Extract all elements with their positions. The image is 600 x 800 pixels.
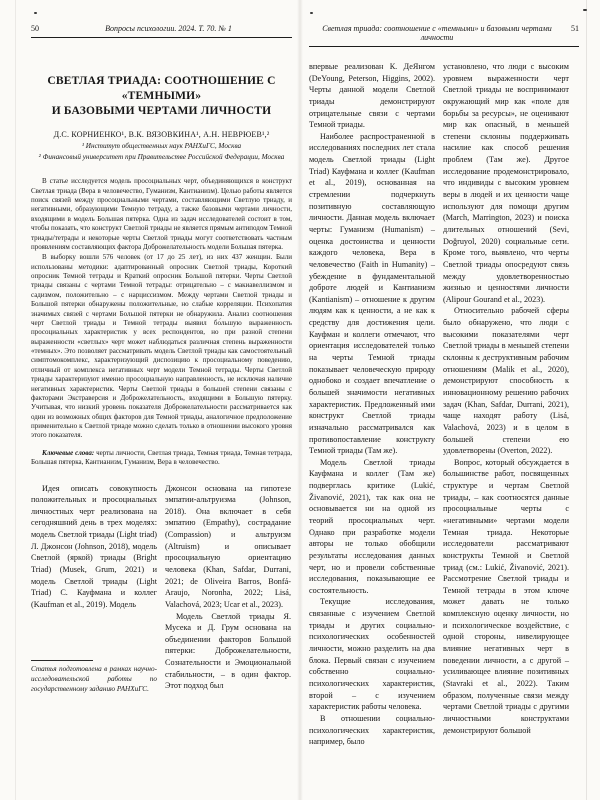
scan-edge-left <box>15 0 16 800</box>
body-paragraph: В отношении социально-психологических ха… <box>309 713 435 748</box>
body-paragraph: Модель Светлой триады Кауфмана и коллег … <box>309 457 435 597</box>
page-50-column-1: Идея описать совокупность положительных … <box>31 483 157 695</box>
abstract-paragraph-1: В статье исследуется модель просоциальны… <box>31 177 292 252</box>
scan-artifact <box>310 12 313 14</box>
body-paragraph: Наиболее распространенной в исследования… <box>309 131 435 457</box>
footnote: Статья подготовлена в рамках научно-иссл… <box>31 660 157 694</box>
page-51: Светлая триада: соотношение с «темными» … <box>300 0 600 800</box>
abstract: В статье исследуется модель просоциальны… <box>31 177 292 441</box>
page-51-column-2: установлено, что люди с высоким уровнем … <box>443 61 569 761</box>
scan-artifact <box>583 9 587 11</box>
body-paragraph: Относительно рабочей сферы было обнаруже… <box>443 305 569 456</box>
page-number-right: 51 <box>571 24 579 33</box>
body-paragraph: Модель Светлой триады Я. Мусека и Д. Гру… <box>165 611 291 692</box>
article-title-line-1: СВЕТЛАЯ ТРИАДА: СООТНОШЕНИЕ С «ТЕМНЫМИ» <box>31 74 292 104</box>
running-title-left: Вопросы психологии. 2024. Т. 70. № 1 <box>45 24 292 33</box>
keywords-label: Ключевые слова: <box>42 449 94 457</box>
page-gutter-shadow <box>297 0 303 800</box>
footnote-text: Статья подготовлена в рамках научно-иссл… <box>31 665 157 694</box>
article-title-line-2: И БАЗОВЫМИ ЧЕРТАМИ ЛИЧНОСТИ <box>31 104 292 119</box>
footnote-rule <box>31 660 93 661</box>
journal-spread: 50 Вопросы психологии. 2024. Т. 70. № 1 … <box>0 0 600 800</box>
authors-line: Д.С. КОРНИЕНКО¹, В.К. ВЯЗОВКИНА¹, А.Н. Н… <box>31 130 292 139</box>
page-50-column-2: Джонсон основана на гипотезе эмпатии-аль… <box>165 483 291 695</box>
body-paragraph: впервые реализован К. ДеЯнгом (DeYoung, … <box>309 61 435 131</box>
running-title-right: Светлая триада: соотношение с «темными» … <box>309 24 565 42</box>
page-51-body: впервые реализован К. ДеЯнгом (DeYoung, … <box>309 61 579 761</box>
body-paragraph: Вопрос, который обсуждается в большинств… <box>443 457 569 736</box>
keywords-paragraph: Ключевые слова: черты личности, Светлая … <box>31 449 292 468</box>
body-paragraph: Текущие исследования, связанные с изучен… <box>309 596 435 712</box>
affiliation-1: ¹ Институт общественных наук РАНХиГС, Мо… <box>31 142 292 152</box>
running-head-left: 50 Вопросы психологии. 2024. Т. 70. № 1 <box>31 24 292 38</box>
article-title-block: СВЕТЛАЯ ТРИАДА: СООТНОШЕНИЕ С «ТЕМНЫМИ» … <box>31 74 292 162</box>
page-50: 50 Вопросы психологии. 2024. Т. 70. № 1 … <box>0 0 300 800</box>
article-title: СВЕТЛАЯ ТРИАДА: СООТНОШЕНИЕ С «ТЕМНЫМИ» … <box>31 74 292 119</box>
page-number-left: 50 <box>31 24 39 33</box>
running-head-right: Светлая триада: соотношение с «темными» … <box>309 24 579 47</box>
scan-artifact <box>34 12 37 14</box>
scan-edge-right <box>586 0 587 800</box>
body-paragraph: Идея описать совокупность положительных … <box>31 483 157 611</box>
page-50-body: Идея описать совокупность положительных … <box>31 483 292 695</box>
body-paragraph: установлено, что люди с высоким уровнем … <box>443 61 569 305</box>
affiliation-2: ² Финансовый университет при Правительст… <box>31 153 292 163</box>
page-51-column-1: впервые реализован К. ДеЯнгом (DeYoung, … <box>309 61 435 761</box>
abstract-paragraph-2: В выборку вошли 576 человек (от 17 до 25… <box>31 253 292 441</box>
body-paragraph: Джонсон основана на гипотезе эмпатии-аль… <box>165 483 291 611</box>
